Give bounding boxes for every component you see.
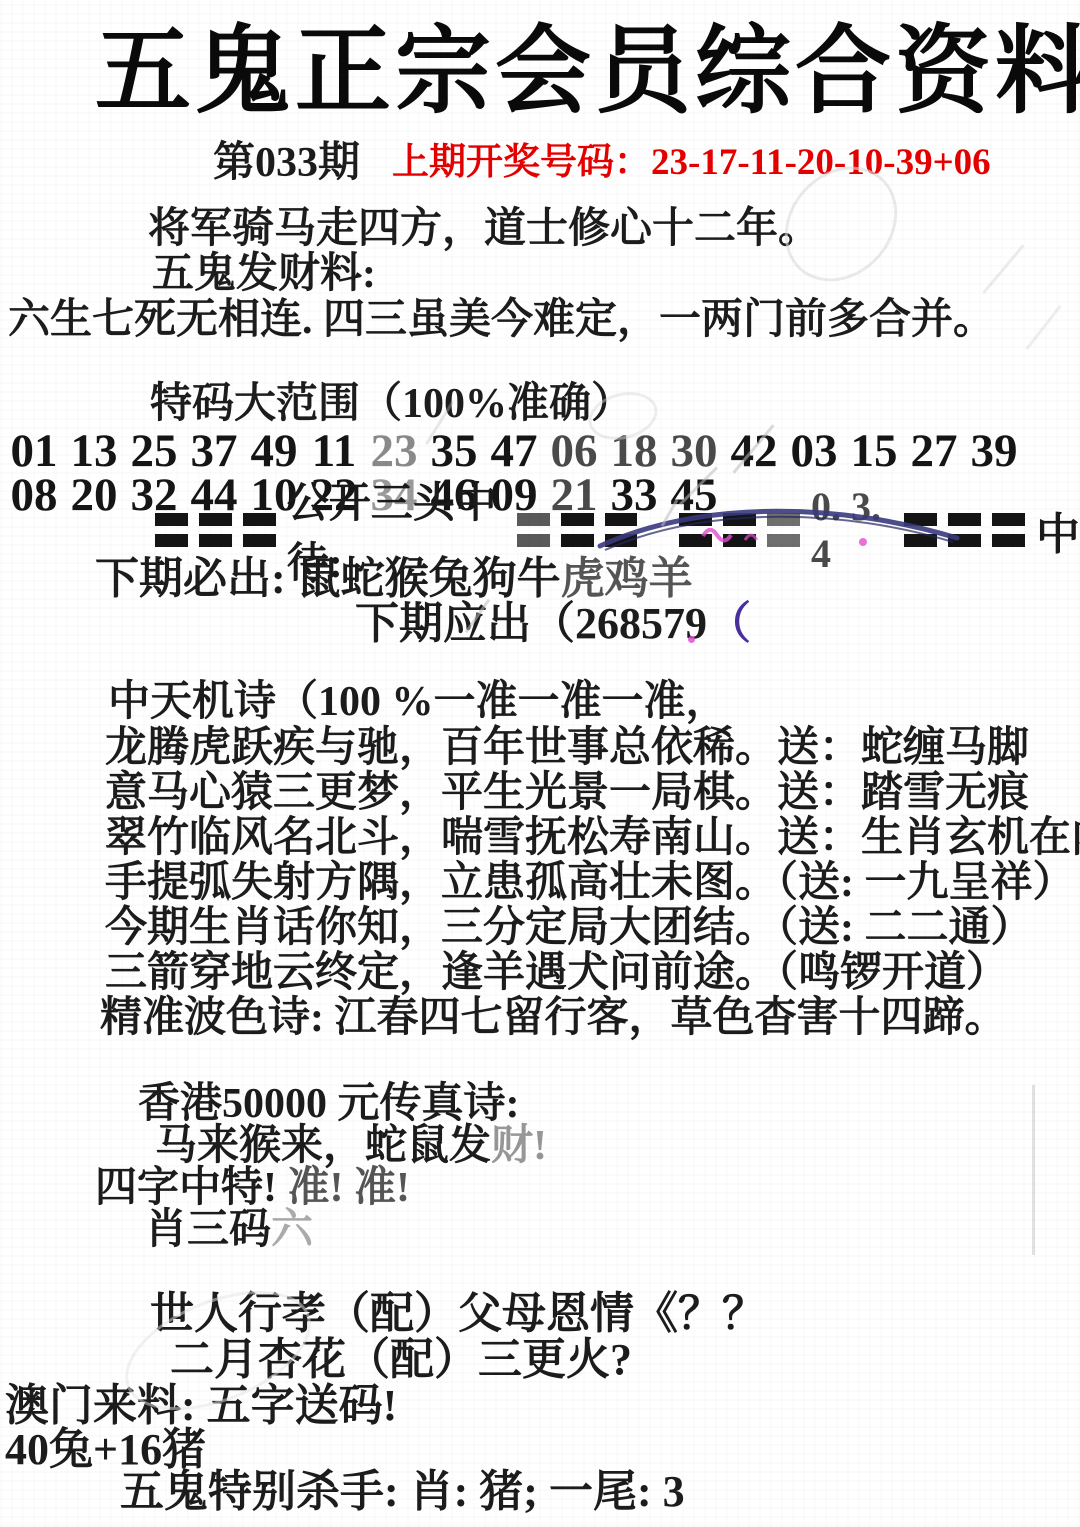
head-block-icon [155, 513, 188, 547]
tianji-line-2: 意马心猿三更梦，平生光景一局棋。送：踏雪无痕 [105, 771, 1029, 815]
fax-line-4-tail: 六 [271, 1207, 313, 1253]
fax-line-2: 马来猴来，蛇鼠发财! [155, 1124, 547, 1168]
pair-riddle-2: 二月杏花（配）三更火? [170, 1337, 632, 1383]
special-number: 39 [968, 424, 1020, 478]
noise-mark [1032, 1085, 1035, 1255]
head-block-icon [199, 513, 232, 547]
intro-line-2: 五鬼发财料: [152, 252, 376, 296]
noise-mark [1025, 305, 1061, 350]
head-block-icon [904, 513, 937, 547]
fax-heading: 香港50000 元传真诗: [138, 1082, 520, 1126]
three-heads-row: 公开三头中待:0. 3. 4中 [155, 508, 1080, 552]
special-number: 03 [788, 424, 840, 478]
head-block-icon [948, 513, 981, 547]
lottery-tip-sheet: 五鬼正宗会员综合资料 第033期 上期开奖号码：23-17-11-20-10-3… [0, 0, 1080, 1527]
special-number: 27 [908, 424, 960, 478]
tianji-line-3: 翠竹临风名北斗，喘雪抚松寿南山。送：生肖玄机在内 [105, 816, 1080, 860]
tianji-line-1: 龙腾虎跃疾与驰，百年世事总依稀。送：蛇缠马脚 [105, 726, 1029, 770]
head-block-icon [243, 513, 276, 547]
head-block-icon [605, 513, 638, 547]
tianji-line-4: 手提弧失射方隅，立患孤高壮未图。（送: 一九呈祥） [105, 861, 1075, 905]
issue-number: 第033期 [213, 141, 360, 185]
special-killer-line: 五鬼特别杀手: 肖: 猪; 一尾: 3 [120, 1469, 685, 1515]
fax-line-4-text: 肖三码 [145, 1207, 271, 1253]
wave-color-poem: 精准波色诗: 江春四七留行客，草色杳害十四蹄。 [100, 996, 1007, 1040]
special-number: 15 [848, 424, 900, 478]
next-should-text: 下期应出（268579 [355, 599, 707, 648]
next-must-appear: 下期必出: 鼠蛇猴兔狗牛虎鸡羊 [95, 556, 693, 602]
next-should-appear: 下期应出（268579（ [355, 601, 751, 647]
next-must-text: 下期必出: 鼠蛇猴兔狗牛 [95, 554, 561, 603]
head-block-icon [517, 513, 550, 547]
head-block-icon [679, 513, 712, 547]
special-number: 42 [728, 424, 780, 478]
tianji-line-5: 今期生肖话你知，三分定局大团结。（送: 二二通） [105, 906, 1033, 950]
fax-line-3-text: 四字中特! [95, 1165, 277, 1211]
next-must-tail: 虎鸡羊 [561, 554, 693, 603]
intro-line-3: 六生七死无相连. 四三虽美今难定，一两门前多合并。 [8, 298, 995, 342]
pair-riddle-1: 世人行孝（配）父母恩情《？？ [150, 1291, 766, 1337]
fax-line-4: 肖三码六 [145, 1208, 313, 1252]
special-range-heading: 特码大范围（100%准确） [150, 382, 633, 426]
tianji-heading: 中天机诗（100 %一准一准一准， [108, 680, 728, 724]
head-block-icon [767, 513, 800, 547]
macau-heading: 澳门来料: 五字送码! [5, 1383, 397, 1429]
head-block-icon [992, 513, 1025, 547]
noise-mark [982, 244, 1024, 293]
head-block-icon [561, 513, 594, 547]
fax-line-2-tail: 财! [491, 1123, 547, 1169]
head-block-icon [723, 513, 756, 547]
fax-line-3: 四字中特! 准! 准! [95, 1166, 410, 1210]
fax-line-3-tail: 准! 准! [277, 1165, 410, 1211]
tianji-line-6: 三箭穿地云终定，逢羊遇犬问前途。（鸣锣开道） [105, 951, 1008, 995]
page-title: 五鬼正宗会员综合资料 [95, 22, 1080, 123]
fax-line-2-text: 马来猴来，蛇鼠发 [155, 1123, 491, 1169]
next-should-tail: （ [707, 599, 751, 648]
intro-line-1: 将军骑马走四方，道士修心十二年。 [148, 207, 820, 251]
last-draw-numbers: 上期开奖号码：23-17-11-20-10-39+06 [392, 144, 991, 183]
special-number: 20 [68, 468, 120, 522]
three-heads-text: 中 [1036, 498, 1080, 562]
special-number: 08 [8, 468, 60, 522]
three-heads-text: 0. 3. 4 [811, 483, 893, 577]
